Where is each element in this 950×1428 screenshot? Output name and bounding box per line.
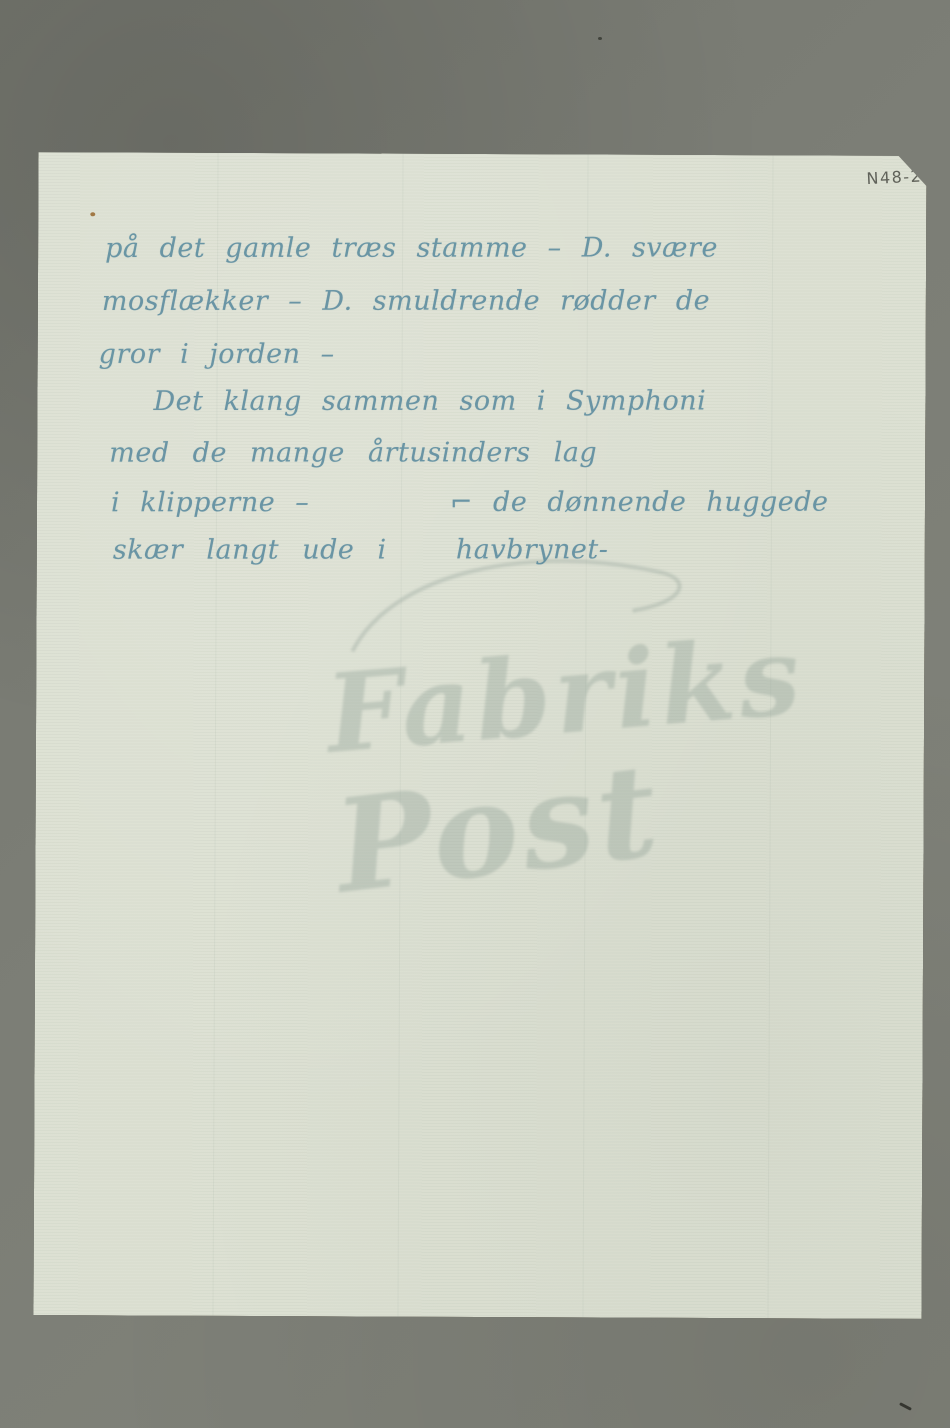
paper-watermark: Fabriks Post	[33, 152, 926, 1319]
dust-speck	[598, 37, 602, 40]
handwriting-line-5: med de mange årtusinders lag	[109, 437, 597, 468]
watermark-text-line2: Post	[328, 735, 669, 922]
handwriting-line-2: mosflækker – D. smuldrende rødder de	[102, 285, 710, 317]
handwriting-line-7: skær langt ude i havbrynet-	[113, 534, 609, 565]
foxing-speck	[90, 212, 95, 216]
handwriting-line-1: på det gamle træs stamme – D. svære	[105, 232, 718, 264]
dust-speck	[899, 1402, 912, 1411]
handwriting-line-6: i klipperne – ⌐ de dønnende huggede	[111, 487, 829, 519]
scan-background: Fabriks Post N48-2 på det gamle træs sta…	[0, 0, 950, 1428]
watermark-text-line1: Fabriks	[322, 613, 809, 778]
archival-number-pencil: N48-2	[866, 166, 923, 188]
handwriting-line-3: gror i jorden –	[99, 339, 335, 370]
handwriting-line-4: Det klang sammen som i Symphoni	[153, 386, 706, 417]
paper-sheet: Fabriks Post N48-2 på det gamle træs sta…	[33, 152, 926, 1319]
